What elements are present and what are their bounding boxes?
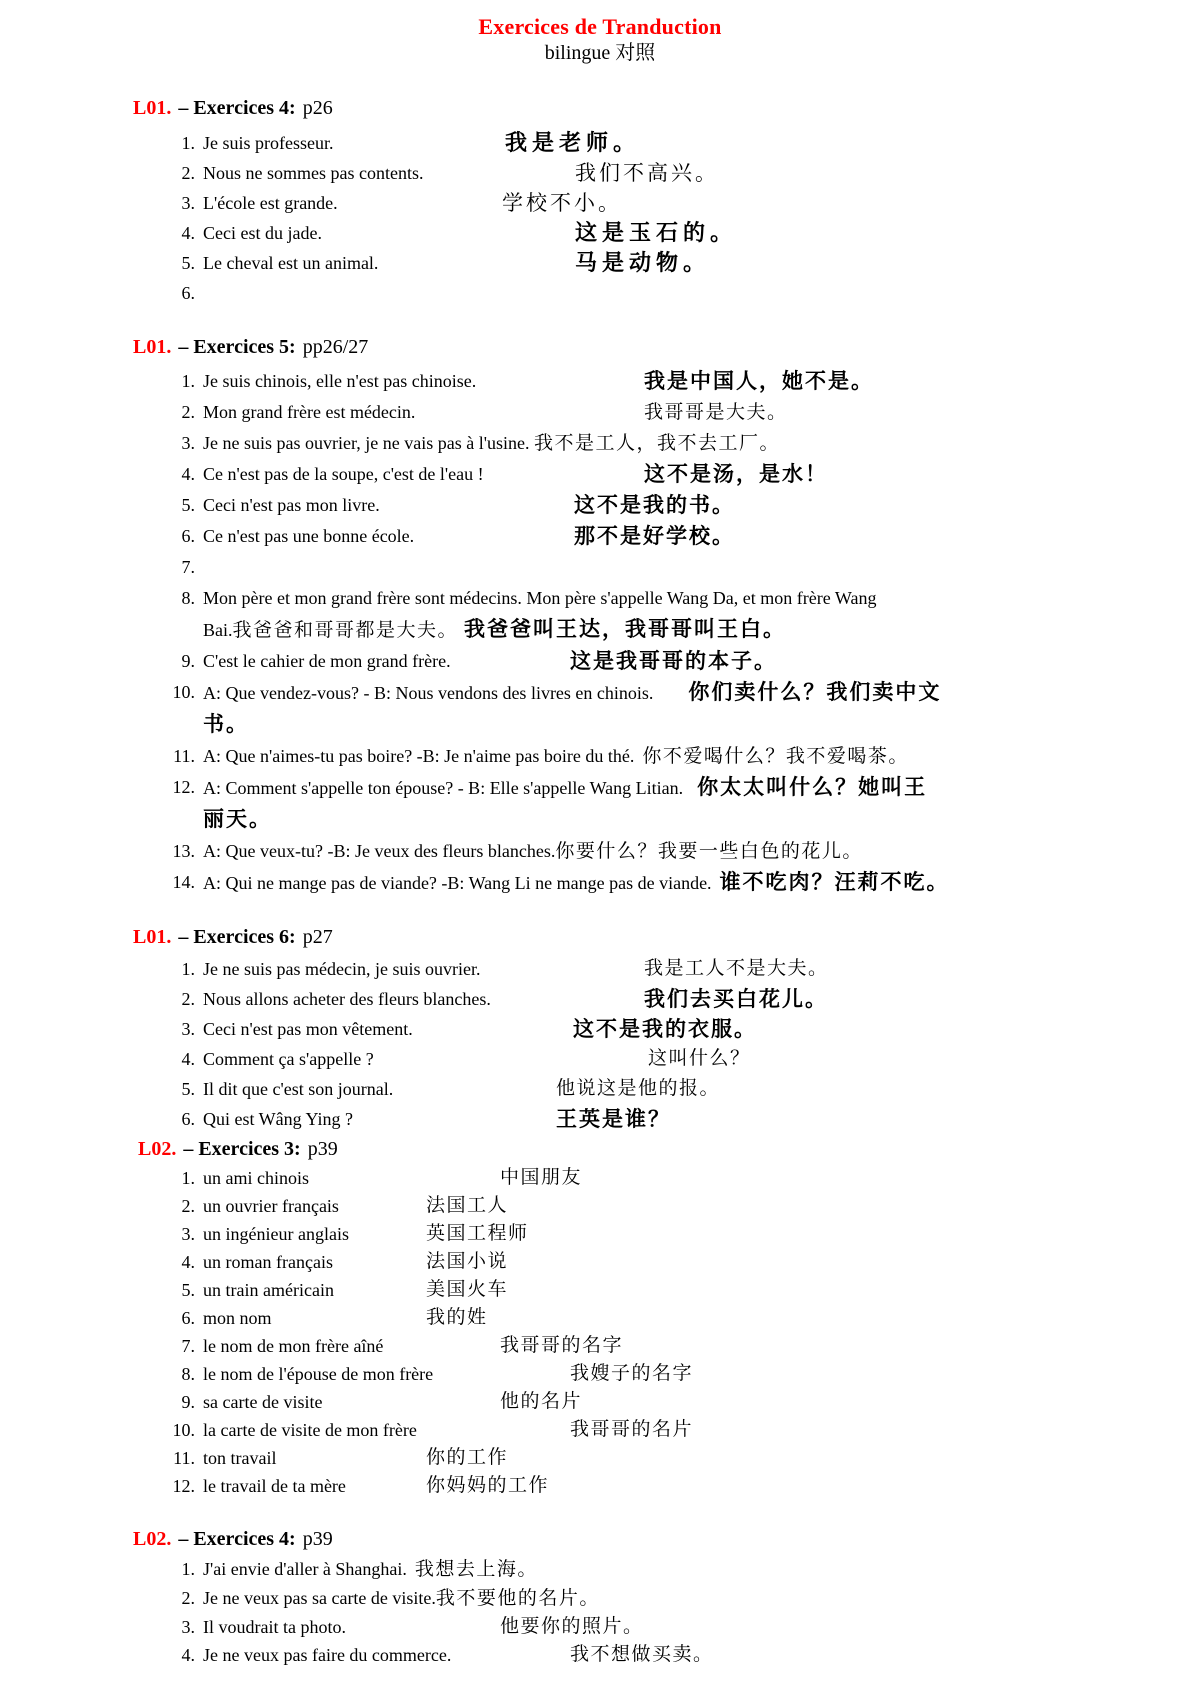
chinese-text: 美国火车 bbox=[426, 1276, 508, 1304]
exercise-item: 9. sa carte de visite 他的名片 bbox=[203, 1388, 1100, 1416]
item-number: 5. bbox=[165, 1074, 195, 1104]
item-number: 12. bbox=[165, 1472, 195, 1500]
chinese-text: 你太太叫什么？她叫王 bbox=[697, 775, 927, 799]
exercise-item: 5. Le cheval est un animal. 马是动物。 bbox=[203, 248, 1100, 278]
exercise-list: 1. Je suis professeur. 我是老师。 2. Nous ne … bbox=[203, 128, 1100, 308]
french-text: Je ne veux pas faire du commerce. bbox=[203, 1645, 451, 1665]
chinese-text: 我们不高兴。 bbox=[575, 158, 719, 188]
exercise-item: 3. Je ne suis pas ouvrier, je ne vais pa… bbox=[203, 428, 1100, 459]
french-text: A: Que n'aimes-tu pas boire? -B: Je n'ai… bbox=[203, 746, 634, 766]
french-text: A: Qui ne mange pas de viande? -B: Wang … bbox=[203, 873, 712, 893]
exercise-item: 14. A: Qui ne mange pas de viande? -B: W… bbox=[203, 867, 1100, 899]
french-text: C'est le cahier de mon grand frère. bbox=[203, 651, 451, 671]
exercise-item: 11. A: Que n'aimes-tu pas boire? -B: Je … bbox=[203, 741, 1100, 772]
exercise-item: 5. Il dit que c'est son journal. 他说这是他的报… bbox=[203, 1074, 1100, 1104]
lesson-code: L02. bbox=[133, 1528, 171, 1550]
chinese-text: 这叫什么？ bbox=[648, 1044, 751, 1074]
item-line: 10. A: Que vendez-vous? - B: Nous vendon… bbox=[203, 677, 1100, 709]
item-line: 丽天。 bbox=[203, 804, 1100, 836]
lesson-code: L01. bbox=[133, 926, 171, 948]
chinese-text-bold: 丽天。 bbox=[203, 807, 272, 831]
item-number: 1. bbox=[165, 1555, 195, 1583]
french-text: A: Comment s'appelle ton épouse? - B: El… bbox=[203, 778, 683, 798]
chinese-text: 我想去上海。 bbox=[415, 1559, 538, 1580]
item-number: 6. bbox=[165, 278, 195, 308]
french-text: Je ne veux pas sa carte de visite. bbox=[203, 1588, 436, 1608]
exercise-item: 4. Ce n'est pas de la soupe, c'est de l'… bbox=[203, 459, 1100, 490]
exercise-item: 8. le nom de l'épouse de mon frère 我嫂子的名… bbox=[203, 1360, 1100, 1388]
exercise-item: 3. L'école est grande. 学校不小。 bbox=[203, 188, 1100, 218]
french-text: L'école est grande. bbox=[203, 193, 338, 213]
item-number: 3. bbox=[165, 1613, 195, 1641]
exercise-item: 11. ton travail 你的工作 bbox=[203, 1444, 1100, 1472]
chinese-text: 他说这是他的报。 bbox=[556, 1074, 720, 1104]
exercise-item: 3. un ingénieur anglais 英国工程师 bbox=[203, 1220, 1100, 1248]
exercise-item: 12. le travail de ta mère 你妈妈的工作 bbox=[203, 1472, 1100, 1500]
exercise-item: 2. Mon grand frère est médecin. 我哥哥是大夫。 bbox=[203, 397, 1100, 428]
section-l01-exercices-4: L01.– Exercices 4:p26 1. Je suis profess… bbox=[133, 96, 1160, 308]
item-number: 12. bbox=[165, 772, 195, 803]
chinese-text: 你的工作 bbox=[426, 1444, 508, 1472]
exercise-item: 2. Nous allons acheter des fleurs blanch… bbox=[203, 984, 1100, 1014]
exercise-item: 12. A: Comment s'appelle ton épouse? - B… bbox=[203, 772, 1100, 836]
french-text: A: Que veux-tu? -B: Je veux des fleurs b… bbox=[203, 841, 555, 861]
item-number: 1. bbox=[165, 1164, 195, 1192]
exercise-item: 1. Je suis professeur. 我是老师。 bbox=[203, 128, 1100, 158]
chinese-text: 学校不小。 bbox=[502, 188, 622, 218]
chinese-text: 这不是我的书。 bbox=[574, 490, 735, 521]
item-number: 10. bbox=[165, 1416, 195, 1444]
chinese-text: 我是老师。 bbox=[505, 128, 640, 158]
french-text: A: Que vendez-vous? - B: Nous vendons de… bbox=[203, 683, 653, 703]
chinese-text: 我不是工人，我不去工厂。 bbox=[534, 433, 780, 454]
chinese-text: 你要什么？我要一些白色的花儿。 bbox=[555, 841, 863, 862]
chinese-text: 你们卖什么？我们卖中文 bbox=[688, 680, 941, 704]
french-text: Je suis chinois, elle n'est pas chinoise… bbox=[203, 371, 476, 391]
exercise-item: 3. Ceci n'est pas mon vêtement. 这不是我的衣服。 bbox=[203, 1014, 1100, 1044]
chinese-text: 他的名片 bbox=[500, 1388, 582, 1416]
chinese-text-bold: 书。 bbox=[203, 712, 249, 736]
item-number: 5. bbox=[165, 248, 195, 278]
item-number: 6. bbox=[165, 1104, 195, 1134]
item-line: 12. A: Comment s'appelle ton épouse? - B… bbox=[203, 772, 1100, 804]
chinese-text: 你妈妈的工作 bbox=[426, 1472, 549, 1500]
item-number: 4. bbox=[165, 459, 195, 490]
item-number: 2. bbox=[165, 1584, 195, 1612]
chinese-text: 他要你的照片。 bbox=[500, 1613, 644, 1641]
exercise-item: 9. C'est le cahier de mon grand frère. 这… bbox=[203, 646, 1100, 677]
exercise-name: – Exercices 4: bbox=[178, 1528, 295, 1550]
french-text: un ingénieur anglais bbox=[203, 1224, 349, 1244]
french-text: un ami chinois bbox=[203, 1168, 309, 1188]
french-text: Il dit que c'est son journal. bbox=[203, 1079, 393, 1099]
exercise-name: – Exercices 6: bbox=[178, 926, 295, 948]
french-text: Mon grand frère est médecin. bbox=[203, 402, 415, 422]
item-number: 1. bbox=[165, 954, 195, 984]
french-text: Nous allons acheter des fleurs blanches. bbox=[203, 989, 491, 1009]
chinese-text: 我嫂子的名字 bbox=[570, 1360, 693, 1388]
french-text: Ceci n'est pas mon livre. bbox=[203, 495, 380, 515]
exercise-item: 7. bbox=[203, 552, 1100, 583]
item-number: 8. bbox=[165, 583, 195, 614]
exercise-item: 2. Je ne veux pas sa carte de visite.我不要… bbox=[203, 1584, 1100, 1613]
exercise-item: 5. Ceci n'est pas mon livre. 这不是我的书。 bbox=[203, 490, 1100, 521]
exercise-list: 1. J'ai envie d'aller à Shanghai.我想去上海。 … bbox=[203, 1555, 1100, 1669]
chinese-text: 我的姓 bbox=[426, 1304, 488, 1332]
item-line: 8. Mon père et mon grand frère sont méde… bbox=[203, 583, 1100, 614]
chinese-text: 我们去买白花儿。 bbox=[644, 984, 828, 1014]
section-heading: L01.– Exercices 4:p26 bbox=[133, 96, 1160, 120]
section-heading: L02.– Exercices 3:p39 bbox=[138, 1137, 1160, 1161]
exercise-item: 1. Je ne suis pas médecin, je suis ouvri… bbox=[203, 954, 1100, 984]
item-number: 2. bbox=[165, 397, 195, 428]
french-text: Je suis professeur. bbox=[203, 133, 333, 153]
chinese-text: 法国工人 bbox=[426, 1192, 508, 1220]
document: Exercices de Tranduction bilingue 对照 L01… bbox=[0, 0, 1200, 1669]
french-text: Je ne suis pas médecin, je suis ouvrier. bbox=[203, 959, 480, 979]
lesson-code: L02. bbox=[138, 1138, 176, 1160]
doc-title: Exercices de Tranduction bbox=[0, 14, 1200, 40]
exercise-item: 5. un train américain 美国火车 bbox=[203, 1276, 1100, 1304]
french-text: Ceci n'est pas mon vêtement. bbox=[203, 1019, 413, 1039]
item-number: 2. bbox=[165, 158, 195, 188]
exercise-item: 6. bbox=[203, 278, 1100, 308]
chinese-text: 我是中国人，她不是。 bbox=[644, 366, 874, 397]
item-number: 2. bbox=[165, 1192, 195, 1220]
chinese-text: 王英是谁？ bbox=[556, 1104, 671, 1134]
item-number: 1. bbox=[165, 128, 195, 158]
item-number: 6. bbox=[165, 521, 195, 552]
french-text: Ce n'est pas de la soupe, c'est de l'eau… bbox=[203, 464, 484, 484]
french-text: le nom de mon frère aîné bbox=[203, 1336, 383, 1356]
section-l01-exercices-5: L01.– Exercices 5:pp26/27 1. Je suis chi… bbox=[133, 335, 1160, 899]
page-ref: p27 bbox=[303, 926, 333, 948]
chinese-text: 马是动物。 bbox=[575, 248, 710, 278]
section-heading: L01.– Exercices 6:p27 bbox=[133, 925, 1160, 949]
french-text: la carte de visite de mon frère bbox=[203, 1420, 417, 1440]
item-number: 6. bbox=[165, 1304, 195, 1332]
exercise-item: 10. la carte de visite de mon frère 我哥哥的… bbox=[203, 1416, 1100, 1444]
page-ref: pp26/27 bbox=[303, 336, 369, 358]
french-text: le travail de ta mère bbox=[203, 1476, 346, 1496]
item-number: 4. bbox=[165, 1641, 195, 1669]
item-number: 3. bbox=[165, 1014, 195, 1044]
item-number: 13. bbox=[165, 836, 195, 867]
page-ref: p39 bbox=[303, 1528, 333, 1550]
chinese-text: 那不是好学校。 bbox=[574, 521, 735, 552]
french-text: Il voudrait ta photo. bbox=[203, 1617, 346, 1637]
french-text: ton travail bbox=[203, 1448, 276, 1468]
exercise-item: 7. le nom de mon frère aîné 我哥哥的名字 bbox=[203, 1332, 1100, 1360]
french-text: Comment ça s'appelle ? bbox=[203, 1049, 374, 1069]
french-text: un ouvrier français bbox=[203, 1196, 339, 1216]
item-number: 9. bbox=[165, 1388, 195, 1416]
section-l02-exercices-3: L02.– Exercices 3:p39 1. un ami chinois … bbox=[138, 1137, 1160, 1500]
exercise-list: 1. Je ne suis pas médecin, je suis ouvri… bbox=[203, 954, 1100, 1134]
item-number: 11. bbox=[165, 741, 195, 772]
item-number: 9. bbox=[165, 646, 195, 677]
french-text: Ceci est du jade. bbox=[203, 223, 322, 243]
exercise-item: 4. Je ne veux pas faire du commerce. 我不想… bbox=[203, 1641, 1100, 1669]
chinese-text: 我爸爸和哥哥都是大夫。 bbox=[233, 620, 459, 641]
item-number: 4. bbox=[165, 218, 195, 248]
chinese-text: 这是玉石的。 bbox=[575, 218, 737, 248]
french-text: le nom de l'épouse de mon frère bbox=[203, 1364, 433, 1384]
chinese-text: 谁不吃肉？汪莉不吃。 bbox=[720, 870, 950, 894]
exercise-item: 4. Ceci est du jade. 这是玉石的。 bbox=[203, 218, 1100, 248]
doc-subtitle: bilingue 对照 bbox=[0, 40, 1200, 67]
item-number: 10. bbox=[165, 677, 195, 708]
exercise-item: 3. Il voudrait ta photo. 他要你的照片。 bbox=[203, 1613, 1100, 1641]
chinese-text: 我哥哥的名片 bbox=[570, 1416, 693, 1444]
exercise-item: 10. A: Que vendez-vous? - B: Nous vendon… bbox=[203, 677, 1100, 741]
french-text: un roman français bbox=[203, 1252, 333, 1272]
item-number: 8. bbox=[165, 1360, 195, 1388]
page-ref: p26 bbox=[303, 97, 333, 119]
lesson-code: L01. bbox=[133, 97, 171, 119]
french-text: Ce n'est pas une bonne école. bbox=[203, 526, 414, 546]
chinese-text: 这不是我的衣服。 bbox=[573, 1014, 757, 1044]
french-text: un train américain bbox=[203, 1280, 334, 1300]
french-text: Bai. bbox=[203, 620, 233, 640]
item-number: 7. bbox=[165, 552, 195, 583]
item-number: 3. bbox=[165, 1220, 195, 1248]
exercise-list: 1. Je suis chinois, elle n'est pas chino… bbox=[203, 366, 1100, 899]
chinese-text: 我不要他的名片。 bbox=[436, 1588, 600, 1609]
exercise-item: 8. Mon père et mon grand frère sont méde… bbox=[203, 583, 1100, 646]
chinese-text: 英国工程师 bbox=[426, 1220, 529, 1248]
exercise-name: – Exercices 4: bbox=[178, 97, 295, 119]
chinese-text: 我哥哥的名字 bbox=[500, 1332, 623, 1360]
exercise-item: 6. mon nom 我的姓 bbox=[203, 1304, 1100, 1332]
exercise-item: 13. A: Que veux-tu? -B: Je veux des fleu… bbox=[203, 836, 1100, 867]
chinese-text: 法国小说 bbox=[426, 1248, 508, 1276]
item-number: 11. bbox=[165, 1444, 195, 1472]
item-number: 4. bbox=[165, 1248, 195, 1276]
item-line: Bai.我爸爸和哥哥都是大夫。我爸爸叫王达，我哥哥叫王白。 bbox=[203, 614, 1100, 646]
chinese-text: 这是我哥哥的本子。 bbox=[570, 646, 777, 677]
item-number: 4. bbox=[165, 1044, 195, 1074]
exercise-name: – Exercices 3: bbox=[183, 1138, 300, 1160]
chinese-text-bold: 我爸爸叫王达，我哥哥叫王白。 bbox=[464, 617, 786, 641]
item-number: 2. bbox=[165, 984, 195, 1014]
section-l02-exercices-4: L02.– Exercices 4:p39 1. J'ai envie d'al… bbox=[133, 1527, 1160, 1669]
exercise-item: 6. Ce n'est pas une bonne école. 那不是好学校。 bbox=[203, 521, 1100, 552]
section-heading: L02.– Exercices 4:p39 bbox=[133, 1527, 1160, 1551]
exercise-item: 1. J'ai envie d'aller à Shanghai.我想去上海。 bbox=[203, 1555, 1100, 1584]
french-text: sa carte de visite bbox=[203, 1392, 322, 1412]
chinese-text: 中国朋友 bbox=[500, 1164, 582, 1192]
item-number: 5. bbox=[165, 490, 195, 521]
french-text: Nous ne sommes pas contents. bbox=[203, 163, 423, 183]
item-number: 1. bbox=[165, 366, 195, 397]
item-number: 7. bbox=[165, 1332, 195, 1360]
exercise-name: – Exercices 5: bbox=[178, 336, 295, 358]
item-number: 14. bbox=[165, 867, 195, 898]
french-text: Mon père et mon grand frère sont médecin… bbox=[203, 588, 876, 608]
exercise-item: 1. un ami chinois 中国朋友 bbox=[203, 1164, 1100, 1192]
french-text: Le cheval est un animal. bbox=[203, 253, 378, 273]
section-l01-exercices-6: L01.– Exercices 6:p27 1. Je ne suis pas … bbox=[133, 925, 1160, 1134]
french-text: J'ai envie d'aller à Shanghai. bbox=[203, 1559, 407, 1579]
french-text: Qui est Wâng Ying ? bbox=[203, 1109, 353, 1129]
exercise-item: 1. Je suis chinois, elle n'est pas chino… bbox=[203, 366, 1100, 397]
item-line: 书。 bbox=[203, 709, 1100, 741]
section-heading: L01.– Exercices 5:pp26/27 bbox=[133, 335, 1160, 359]
chinese-text: 我是工人不是大夫。 bbox=[644, 954, 829, 984]
exercise-item: 2. Nous ne sommes pas contents. 我们不高兴。 bbox=[203, 158, 1100, 188]
french-text: Je ne suis pas ouvrier, je ne vais pas à… bbox=[203, 433, 529, 453]
item-number: 3. bbox=[165, 428, 195, 459]
chinese-text: 你不爱喝什么？我不爱喝茶。 bbox=[642, 746, 909, 767]
exercise-item: 4. un roman français 法国小说 bbox=[203, 1248, 1100, 1276]
exercise-list: 1. un ami chinois 中国朋友 2. un ouvrier fra… bbox=[203, 1164, 1100, 1500]
chinese-text: 我不想做买卖。 bbox=[570, 1641, 714, 1669]
chinese-text: 这不是汤，是水！ bbox=[644, 459, 828, 490]
page-ref: p39 bbox=[308, 1138, 338, 1160]
exercise-item: 4. Comment ça s'appelle ? 这叫什么？ bbox=[203, 1044, 1100, 1074]
item-number: 3. bbox=[165, 188, 195, 218]
exercise-item: 6. Qui est Wâng Ying ? 王英是谁？ bbox=[203, 1104, 1100, 1134]
exercise-item: 2. un ouvrier français 法国工人 bbox=[203, 1192, 1100, 1220]
item-number: 5. bbox=[165, 1276, 195, 1304]
chinese-text: 我哥哥是大夫。 bbox=[644, 397, 788, 428]
lesson-code: L01. bbox=[133, 336, 171, 358]
french-text: mon nom bbox=[203, 1308, 272, 1328]
